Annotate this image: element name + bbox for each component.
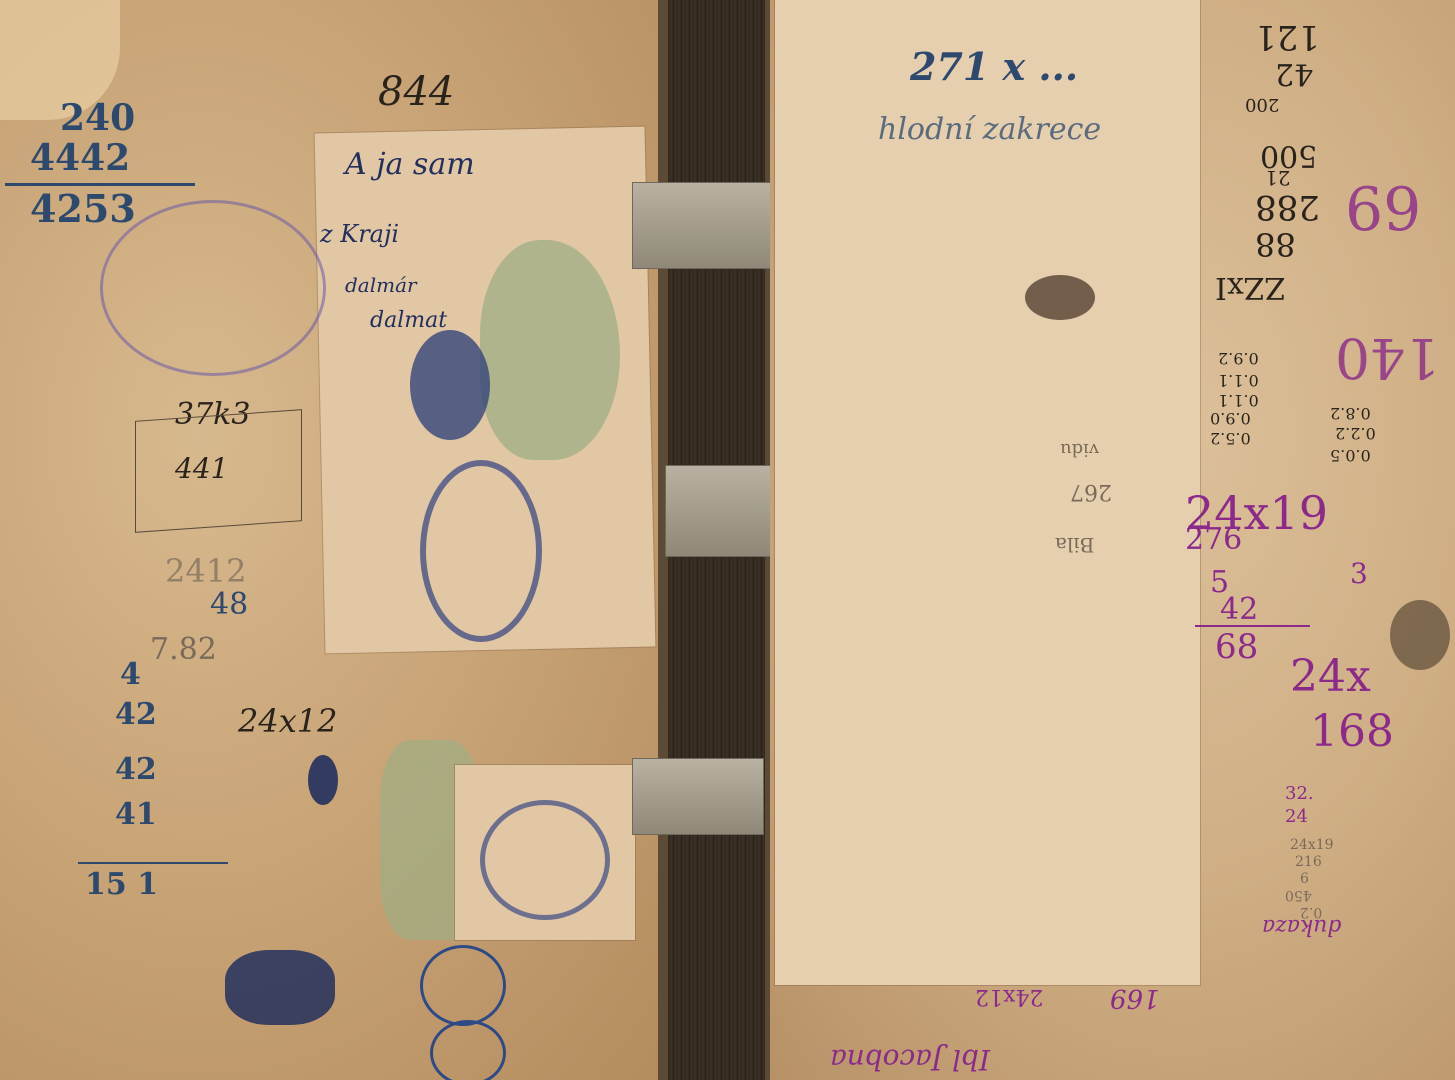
- upside-down-5: 288: [1255, 190, 1320, 224]
- small-calc-right-2: 0.0.5: [1330, 447, 1371, 463]
- boxed-calc-frame: [135, 409, 302, 533]
- small-calc-right-1: 0.2.2: [1335, 425, 1376, 441]
- column-calc-6: 41: [115, 800, 157, 830]
- small-calc-left-1: 0.1.1: [1218, 372, 1259, 388]
- dark-stain-right: [1390, 600, 1450, 670]
- right-second-line: hlodní zakrece: [878, 115, 1101, 145]
- note-line-2: z Kraji: [320, 222, 399, 246]
- column-calc-5: 42: [115, 755, 157, 785]
- violet-calc-5: 3: [1350, 560, 1368, 588]
- sum-mid: 4442: [30, 140, 130, 176]
- column-calc-2: 7.82: [150, 635, 217, 665]
- small-calc-left-0: 0.9.2: [1218, 350, 1259, 366]
- pencil-note-1: 267: [1070, 480, 1112, 502]
- book-cover-photo: 844 240 4442 4253 A ja sam z Kraji dalmá…: [0, 0, 1455, 1080]
- violet-lower-0: 24x: [1290, 655, 1371, 699]
- snowman-doodle-head: [420, 945, 506, 1026]
- snowman-doodle-body: [430, 1020, 506, 1080]
- note-line-1: A ja sam: [345, 150, 475, 180]
- sum-result: 4253: [30, 190, 136, 228]
- violet-word: dukaza: [1262, 915, 1341, 937]
- pencil-small-2: 6: [1300, 872, 1309, 886]
- side-number-69: 69: [1345, 180, 1421, 240]
- upside-down-6: 88: [1255, 228, 1296, 260]
- binding-tape-bottom: [632, 758, 764, 835]
- side-number-140: 140: [1335, 330, 1440, 385]
- violet-lower-2: 32.: [1285, 785, 1314, 803]
- ink-figure-base: [225, 950, 335, 1025]
- column-calc-0: 2412: [165, 555, 246, 587]
- violet-calc-3: 42: [1220, 595, 1258, 625]
- upside-down-2: 200: [1245, 95, 1279, 113]
- upside-down-0: 121: [1255, 20, 1320, 54]
- pencil-note-0: vidu: [1060, 440, 1099, 458]
- small-calc-left-2: 0.1.1: [1218, 392, 1259, 408]
- column-calc-4: 42: [115, 700, 157, 730]
- bottom-strip-name: Ibl Jacobna: [830, 1045, 990, 1073]
- pasted-endpaper: [775, 0, 1200, 985]
- bottom-strip-calc: 24x12: [975, 985, 1043, 1007]
- small-calc-left-3: 0.9.0: [1210, 410, 1251, 426]
- pencil-small-1: 216: [1295, 855, 1322, 869]
- violet-calc-1: 276: [1185, 525, 1242, 555]
- note-line-4: dalmat: [370, 310, 447, 332]
- pencil-small-3: 450: [1285, 888, 1312, 902]
- pencil-note-2: Bila: [1055, 535, 1094, 555]
- upside-down-7: ZZxI: [1215, 272, 1285, 302]
- column-calc-line: [78, 862, 228, 864]
- top-number: 844: [378, 72, 454, 112]
- note-line-3: dalmár: [345, 275, 417, 295]
- upside-down-4: 21: [1265, 168, 1290, 188]
- small-calc-left-4: 0.5.2: [1210, 430, 1251, 446]
- multiplication: 24x12: [238, 705, 337, 737]
- upside-down-1: 42: [1275, 58, 1313, 88]
- face-doodle: [480, 800, 610, 920]
- blue-ink-figure: [420, 460, 542, 642]
- column-calc-3: 4: [120, 660, 141, 690]
- ink-blot-small: [308, 755, 338, 805]
- violet-lower-3: 24: [1285, 808, 1308, 826]
- sum-top: 240: [60, 100, 135, 136]
- violet-lower-1: 168: [1310, 710, 1394, 754]
- dark-spot: [1025, 275, 1095, 320]
- column-calc-1: 48: [210, 590, 248, 620]
- bottom-strip-number: 169: [1110, 985, 1160, 1011]
- blue-ink-blot: [410, 330, 490, 440]
- violet-calc-4: 68: [1215, 630, 1258, 664]
- pencil-small-0: 24x19: [1290, 838, 1334, 852]
- column-result: 15 1: [85, 870, 158, 900]
- small-calc-right-0: 0.8.2: [1330, 405, 1371, 421]
- right-top-text: 271 x ...: [910, 48, 1078, 86]
